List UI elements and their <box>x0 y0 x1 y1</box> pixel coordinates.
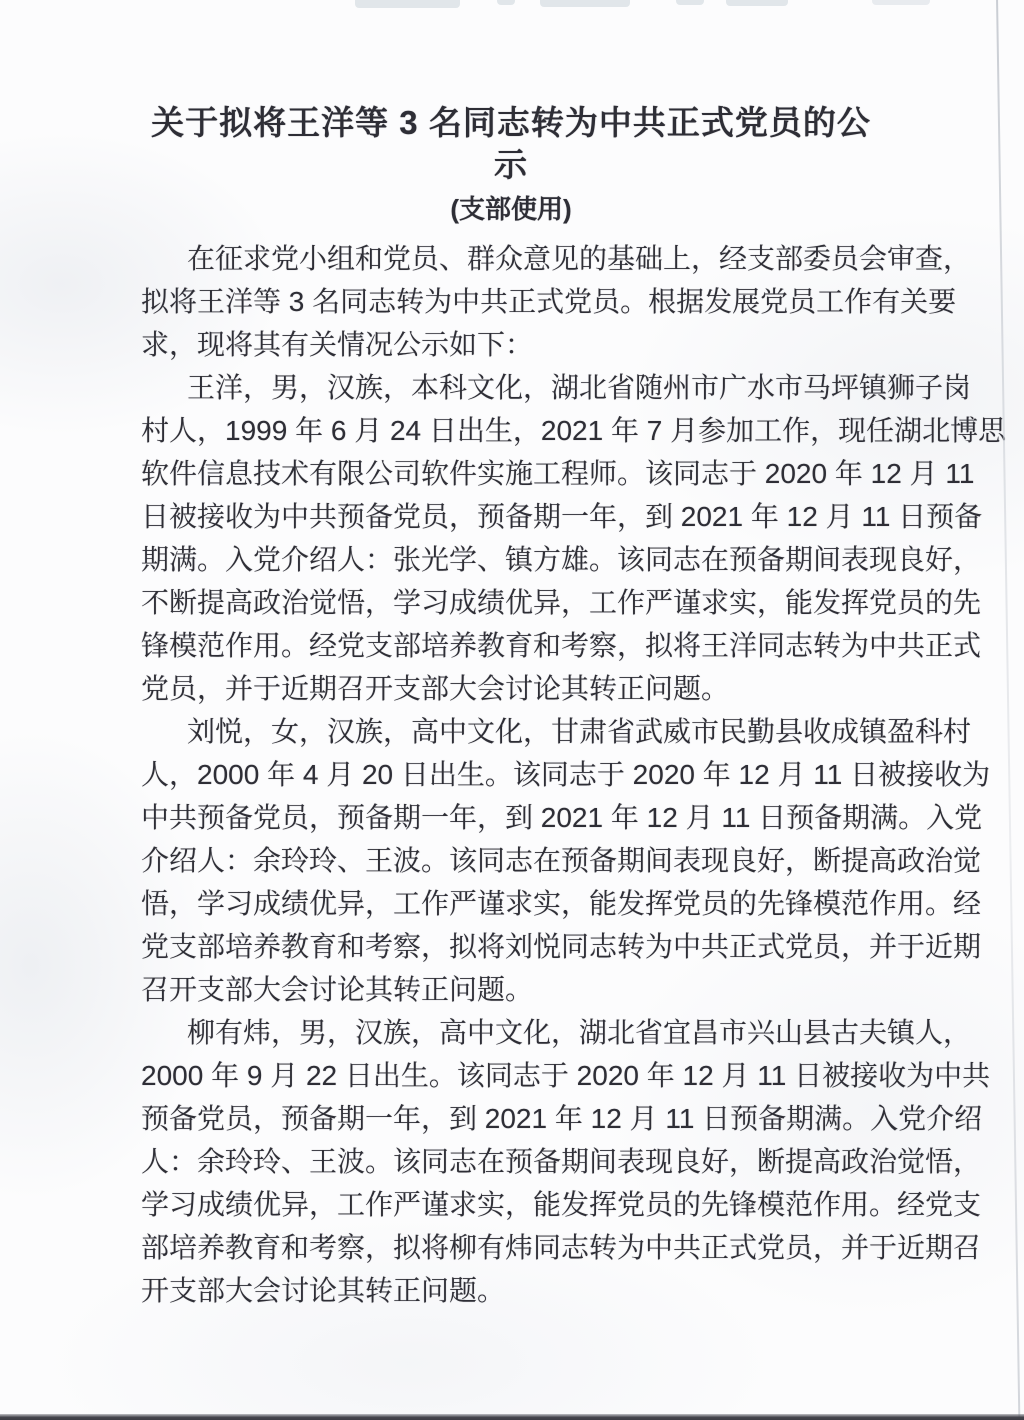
scanned-document-page: 关于拟将王洋等 3 名同志转为中共正式党员的公示 (支部使用) 在征求党小组和党… <box>0 0 1024 1420</box>
text-line: 日被接收为中共预备党员，预备期一年，到 2021 年 12 月 11 日预备 <box>141 495 881 538</box>
text-line: 2000 年 9 月 22 日出生。该同志于 2020 年 12 月 11 日被… <box>141 1054 881 1097</box>
scan-smudge <box>676 0 704 5</box>
paragraph: 在征求党小组和党员、群众意见的基础上，经支部委员会审查，拟将王洋等 3 名同志转… <box>141 237 881 366</box>
text-line: 求，现将其有关情况公示如下： <box>141 323 881 366</box>
text-line: 村人，1999 年 6 月 24 日出生，2021 年 7 月参加工作，现任湖北… <box>141 409 881 452</box>
text-line: 预备党员，预备期一年，到 2021 年 12 月 11 日预备期满。入党介绍 <box>141 1097 881 1140</box>
scan-smudge <box>497 0 515 5</box>
text-line: 学习成绩优异，工作严谨求实，能发挥党员的先锋模范作用。经党支 <box>141 1183 881 1226</box>
text-line: 软件信息技术有限公司软件实施工程师。该同志于 2020 年 12 月 11 <box>141 452 881 495</box>
text-line: 锋模范作用。经党支部培养教育和考察，拟将王洋同志转为中共正式 <box>141 624 881 667</box>
paragraph: 刘悦，女，汉族，高中文化，甘肃省武威市民勤县收成镇盈科村人，2000 年 4 月… <box>141 710 881 1011</box>
scan-bottom-edge <box>0 1414 1024 1420</box>
text-line: 王洋，男，汉族，本科文化，湖北省随州市广水市马坪镇狮子岗 <box>141 366 881 409</box>
text-line: 期满。入党介绍人：张光学、镇方雄。该同志在预备期间表现良好， <box>141 538 881 581</box>
page-edge-line <box>996 0 1020 1420</box>
text-line: 介绍人：余玲玲、王波。该同志在预备期间表现良好，断提高政治觉 <box>141 839 881 882</box>
paragraph: 王洋，男，汉族，本科文化，湖北省随州市广水市马坪镇狮子岗村人，1999 年 6 … <box>141 366 881 710</box>
scan-smudge <box>726 0 788 6</box>
text-line: 刘悦，女，汉族，高中文化，甘肃省武威市民勤县收成镇盈科村 <box>141 710 881 753</box>
text-line: 开支部大会讨论其转正问题。 <box>141 1269 881 1312</box>
document-title: 关于拟将王洋等 3 名同志转为中共正式党员的公示 <box>141 102 881 186</box>
text-line: 柳有炜，男，汉族，高中文化，湖北省宜昌市兴山县古夫镇人， <box>141 1011 881 1054</box>
text-line: 人，2000 年 4 月 20 日出生。该同志于 2020 年 12 月 11 … <box>141 753 881 796</box>
text-line: 党支部培养教育和考察，拟将刘悦同志转为中共正式党员，并于近期 <box>141 925 881 968</box>
text-line: 拟将王洋等 3 名同志转为中共正式党员。根据发展党员工作有关要 <box>141 280 881 323</box>
scan-smudge <box>540 0 630 7</box>
paragraph: 柳有炜，男，汉族，高中文化，湖北省宜昌市兴山县古夫镇人，2000 年 9 月 2… <box>141 1011 881 1312</box>
text-line: 不断提高政治觉悟，学习成绩优异，工作严谨求实，能发挥党员的先 <box>141 581 881 624</box>
text-line: 召开支部大会讨论其转正问题。 <box>141 968 881 1011</box>
document-subtitle: (支部使用) <box>141 189 881 229</box>
scan-smudge <box>355 0 460 8</box>
top-scan-smudges <box>0 0 1024 10</box>
text-line: 在征求党小组和党员、群众意见的基础上，经支部委员会审查， <box>141 237 881 280</box>
scan-smudge <box>872 0 930 5</box>
text-line: 悟，学习成绩优异，工作严谨求实，能发挥党员的先锋模范作用。经 <box>141 882 881 925</box>
text-line: 中共预备党员，预备期一年，到 2021 年 12 月 11 日预备期满。入党 <box>141 796 881 839</box>
text-line: 部培养教育和考察，拟将柳有炜同志转为中共正式党员，并于近期召 <box>141 1226 881 1269</box>
text-line: 党员，并于近期召开支部大会讨论其转正问题。 <box>141 667 881 710</box>
document-body: 在征求党小组和党员、群众意见的基础上，经支部委员会审查，拟将王洋等 3 名同志转… <box>141 237 881 1312</box>
text-line: 人：余玲玲、王波。该同志在预备期间表现良好，断提高政治觉悟， <box>141 1140 881 1183</box>
document-content: 关于拟将王洋等 3 名同志转为中共正式党员的公示 (支部使用) 在征求党小组和党… <box>141 102 881 1312</box>
